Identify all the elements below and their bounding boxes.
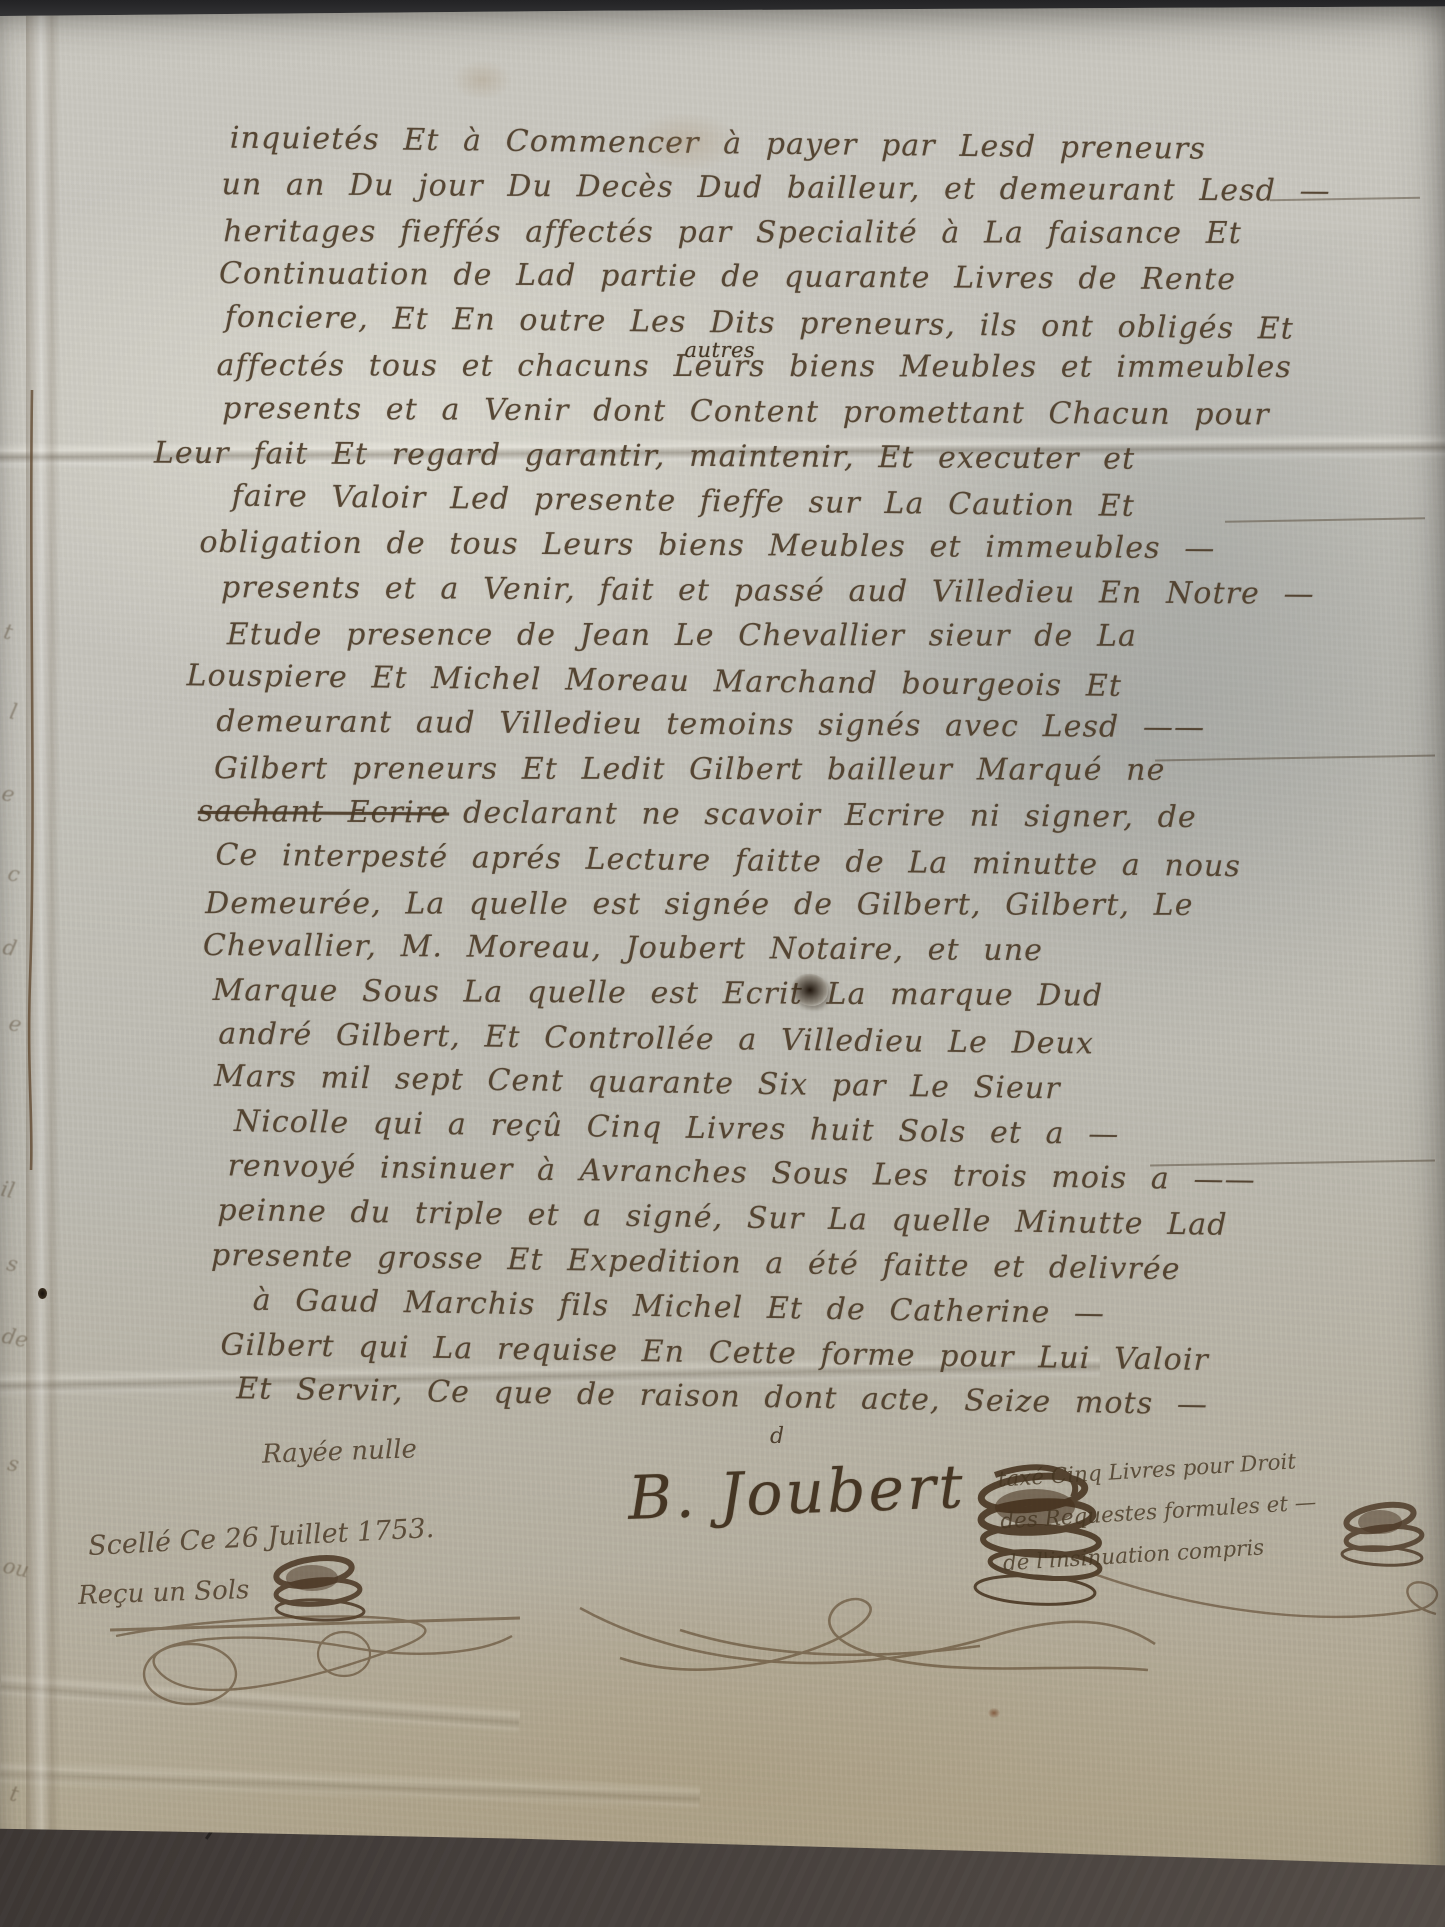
manuscript-photo: { "document": { "lines": [ "inquietés Et… — [0, 0, 1445, 1927]
photo-vignette — [0, 0, 1445, 1927]
parchment-page: t l e c d e il s de s ou t inquietés Et … — [0, 0, 1445, 1927]
